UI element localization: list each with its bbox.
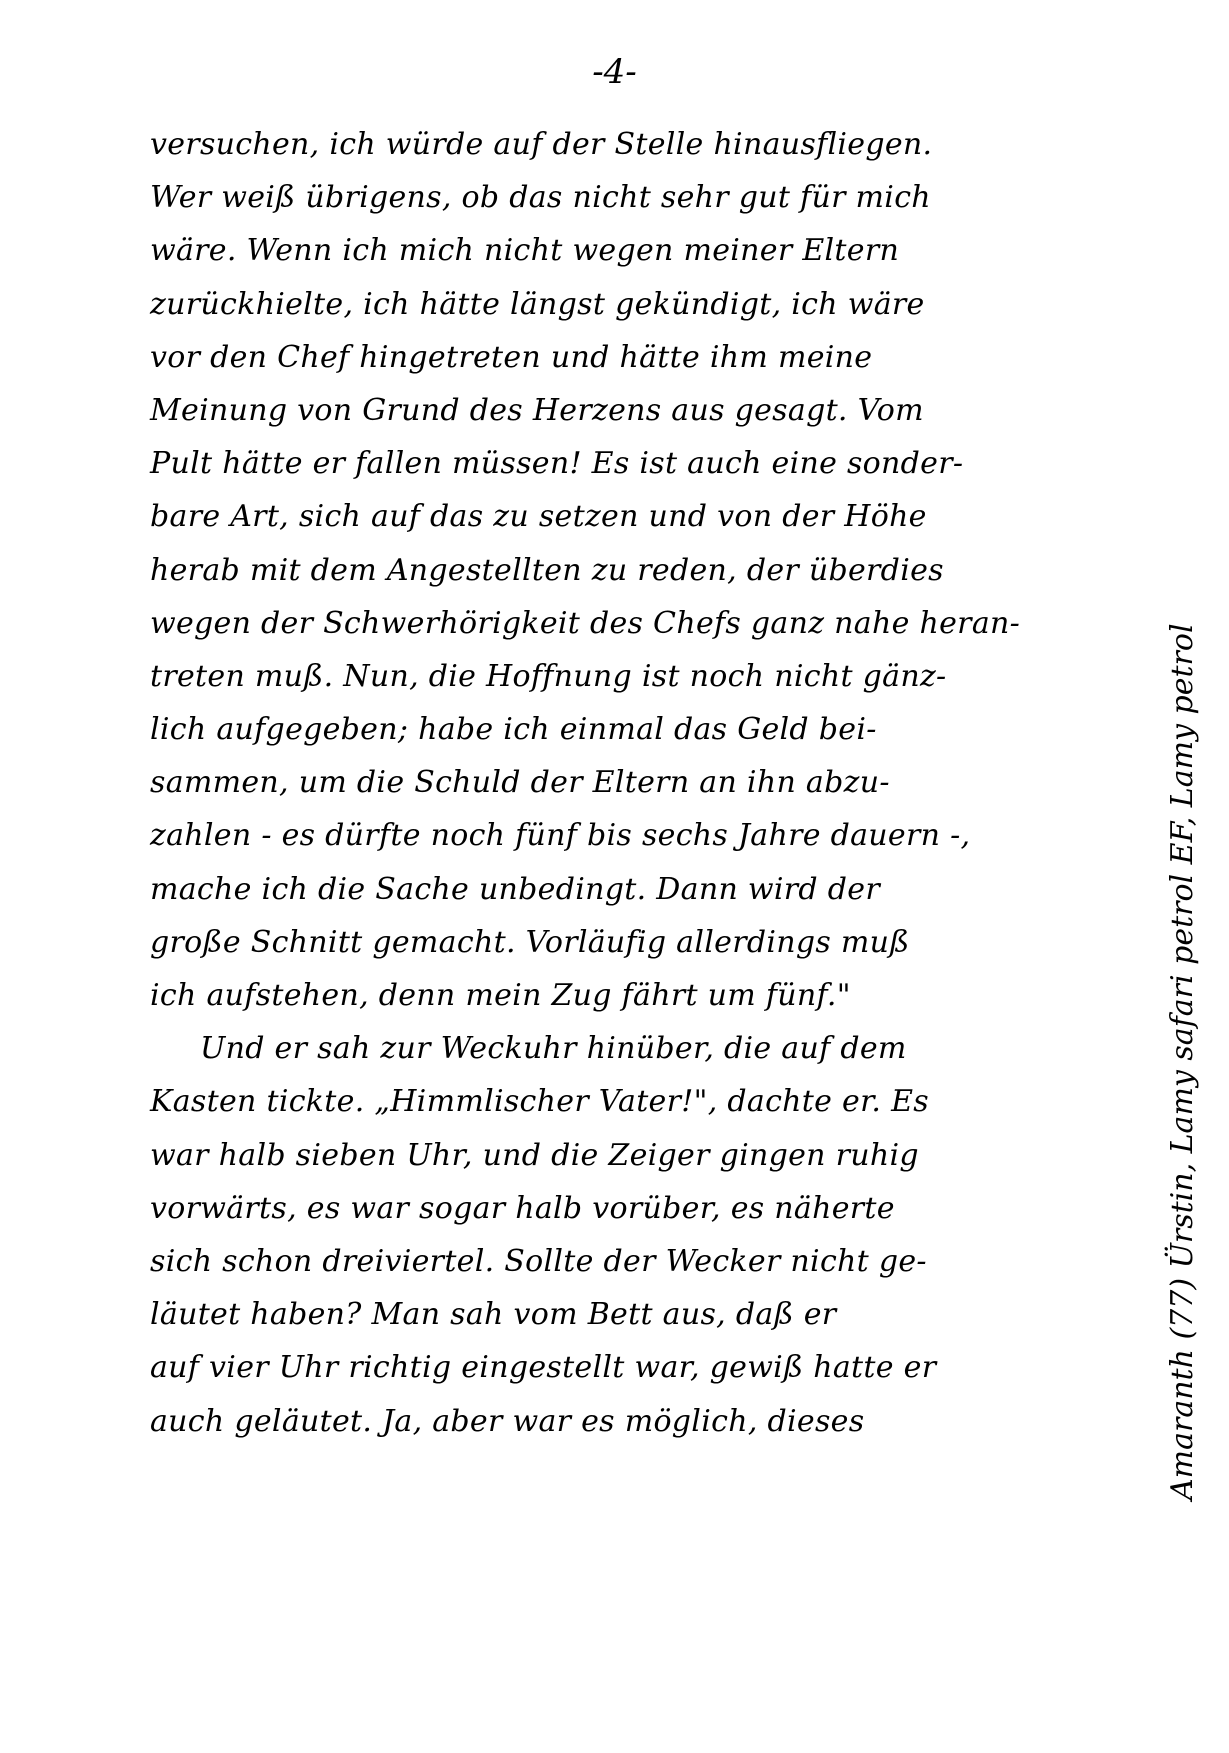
text-line: große Schnitt gemacht. Vorläufig allerdi… <box>150 916 1070 969</box>
text-line: ich aufstehen, denn mein Zug fährt um fü… <box>150 969 1070 1022</box>
text-line: Wer weiß übrigens, ob das nicht sehr gut… <box>150 171 1070 224</box>
text-line: sammen, um die Schuld der Eltern an ihn … <box>150 756 1070 809</box>
text-line: mache ich die Sache unbedingt. Dann wird… <box>150 863 1070 916</box>
text-line: lich aufgegeben; habe ich einmal das Gel… <box>150 703 1070 756</box>
text-line: zurückhielte, ich hätte längst gekündigt… <box>150 278 1070 331</box>
text-line: vor den Chef hingetreten und hätte ihm m… <box>150 331 1070 384</box>
text-line: bare Art, sich auf das zu setzen und von… <box>150 490 1070 543</box>
text-line: zahlen - es dürfte noch fünf bis sechs J… <box>150 809 1070 862</box>
text-line: sich schon dreiviertel. Sollte der Wecke… <box>150 1235 1070 1288</box>
text-line: herab mit dem Angestellten zu reden, der… <box>150 544 1070 597</box>
margin-annotation: Amaranth (77) Ürstin, Lamy safari petrol… <box>1165 623 1200 1500</box>
text-line: auf vier Uhr richtig eingestellt war, ge… <box>150 1341 1070 1394</box>
text-line: wegen der Schwerhörigkeit des Chefs ganz… <box>150 597 1070 650</box>
paragraph-start-line: Und er sah zur Weckuhr hinüber, die auf … <box>150 1022 1070 1075</box>
text-line: war halb sieben Uhr, und die Zeiger ging… <box>150 1129 1070 1182</box>
manuscript-body: versuchen, ich würde auf der Stelle hina… <box>150 118 1070 1448</box>
text-line: Kasten tickte. „Himmlischer Vater!", dac… <box>150 1075 1070 1128</box>
text-line: vorwärts, es war sogar halb vorüber, es … <box>150 1182 1070 1235</box>
text-line: Pult hätte er fallen müssen! Es ist auch… <box>150 437 1070 490</box>
page-number: -4- <box>0 52 1229 92</box>
text-line: wäre. Wenn ich mich nicht wegen meiner E… <box>150 224 1070 277</box>
text-line: versuchen, ich würde auf der Stelle hina… <box>150 118 1070 171</box>
text-line: treten muß. Nun, die Hoffnung ist noch n… <box>150 650 1070 703</box>
text-line: auch geläutet. Ja, aber war es möglich, … <box>150 1395 1070 1448</box>
text-line: Meinung von Grund des Herzens aus gesagt… <box>150 384 1070 437</box>
text-line: läutet haben? Man sah vom Bett aus, daß … <box>150 1288 1070 1341</box>
